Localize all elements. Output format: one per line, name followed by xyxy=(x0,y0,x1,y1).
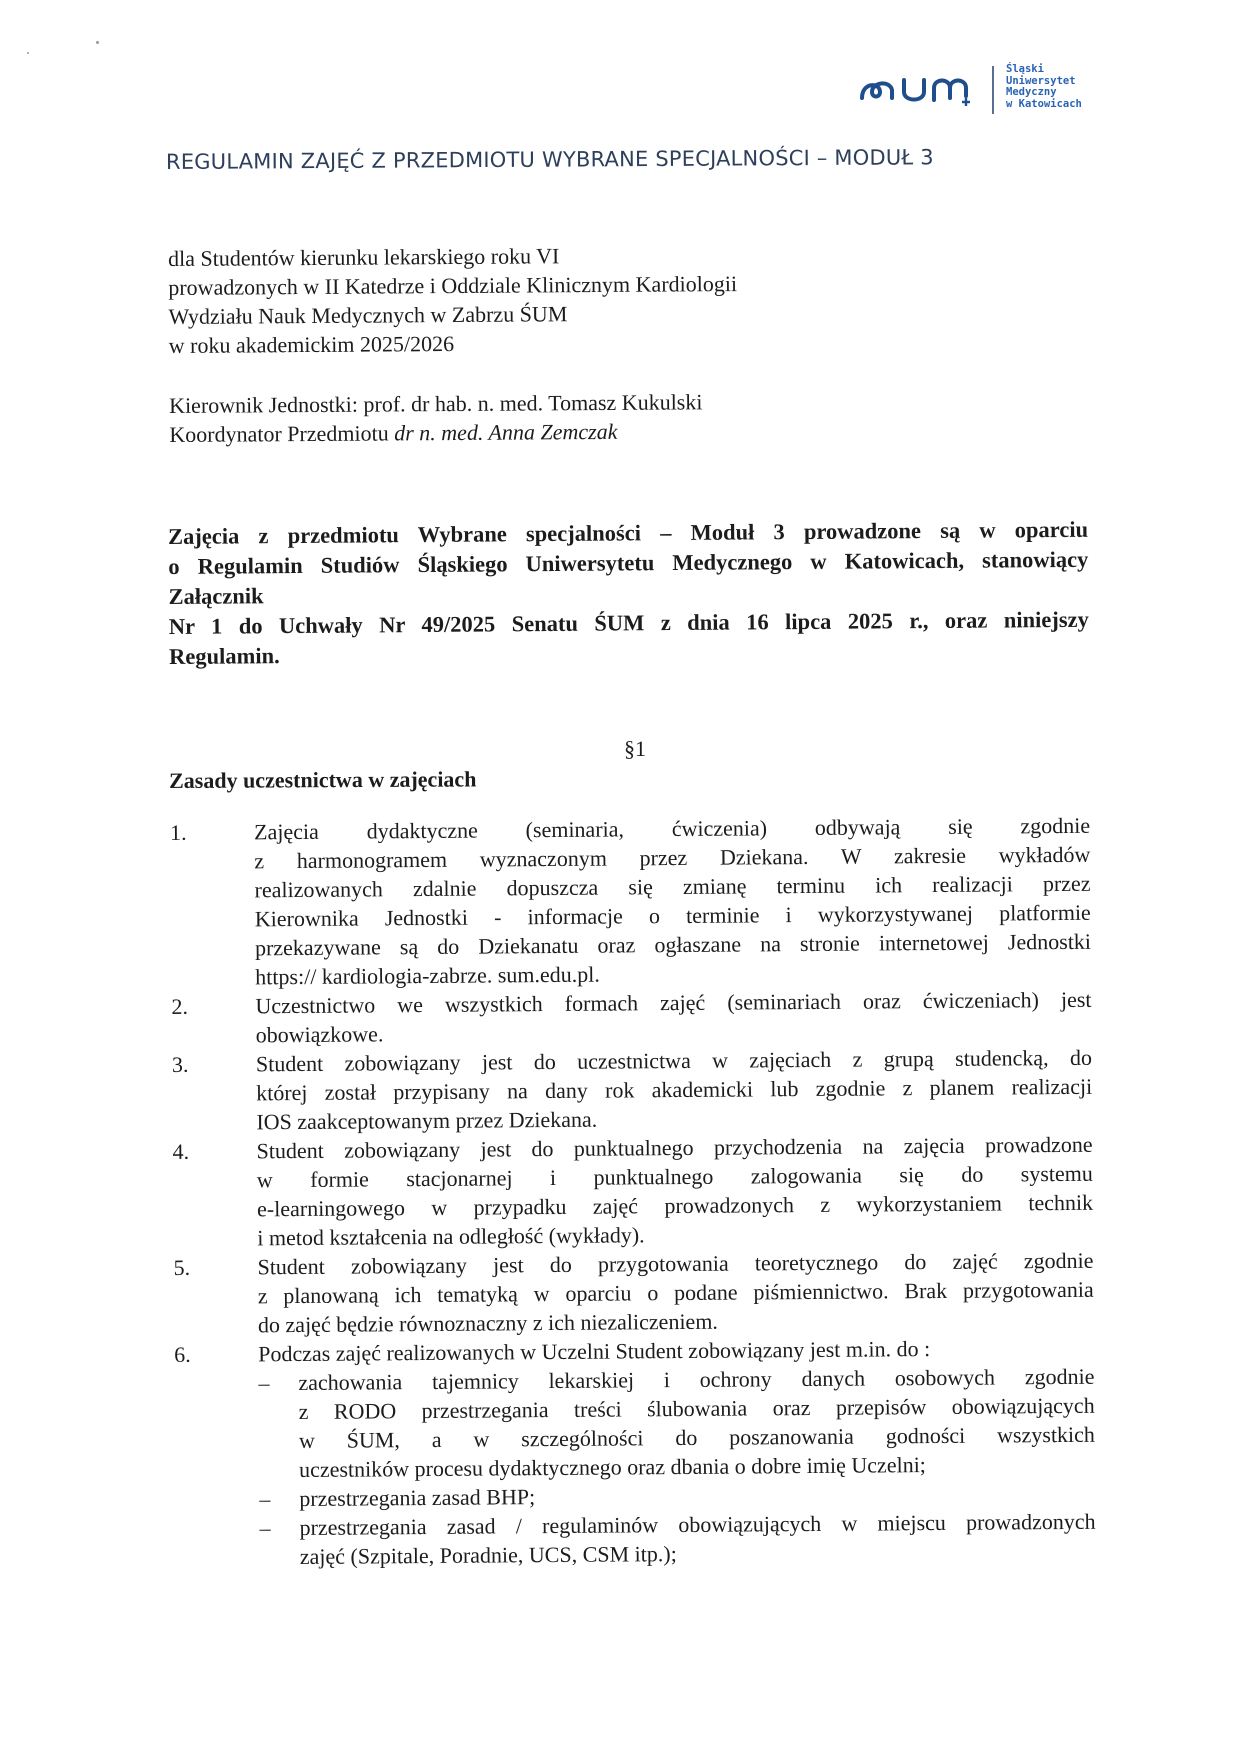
head-of-unit: Kierownik Jednostki: prof. dr hab. n. me… xyxy=(169,387,738,420)
rule-body: Student zobowiązany jest do punktualnego… xyxy=(257,1130,1094,1253)
dash-bullet: – xyxy=(258,1368,299,1484)
rule-number: 5. xyxy=(173,1252,258,1340)
coordinator-label: Koordynator Przedmiotu xyxy=(169,420,394,447)
rule-subitem: –przestrzegania zasad / regulaminów obow… xyxy=(259,1507,1095,1572)
logo-divider xyxy=(992,66,994,114)
basis-statement: Zajęcia z przedmiotu Wybrane specjalnośc… xyxy=(168,515,1089,672)
rule-body: Uczestnictwo we wszystkich formach zajęć… xyxy=(255,985,1091,1050)
intro-line: prowadzonych w II Katedrze i Oddziale Kl… xyxy=(168,269,737,302)
rule-body: Student zobowiązany jest do przygotowani… xyxy=(257,1246,1094,1340)
rule-item: 6.Podczas zajęć realizowanych w Uczelni … xyxy=(174,1333,1096,1572)
scan-speck xyxy=(96,41,99,44)
dash-bullet: – xyxy=(259,1513,299,1571)
rule-subitem: –zachowania tajemnicy lekarskiej i ochro… xyxy=(258,1362,1095,1485)
rule-number: 2. xyxy=(171,991,255,1050)
rule-body: Podczas zajęć realizowanych w Uczelni St… xyxy=(258,1333,1096,1572)
paragraph-number: §1 xyxy=(624,736,646,762)
sum-logo-mark-icon xyxy=(858,68,986,108)
subitem-text: zachowania tajemnicy lekarskiej i ochron… xyxy=(298,1362,1095,1484)
rule-item: 1.Zajęcia dydaktyczne (seminaria, ćwicze… xyxy=(170,811,1091,992)
rule-item: 2.Uczestnictwo we wszystkich formach zaj… xyxy=(171,985,1091,1050)
university-logo: Śląski Uniwersytet Medyczny w Katowicach xyxy=(858,62,1088,118)
rule-item: 4.Student zobowiązany jest do punktualne… xyxy=(173,1130,1094,1253)
rule-item: 5.Student zobowiązany jest do przygotowa… xyxy=(173,1246,1094,1340)
intro-block: dla Studentów kierunku lekarskiego roku … xyxy=(168,240,738,449)
intro-line: dla Studentów kierunku lekarskiego roku … xyxy=(168,240,737,273)
intro-line: Wydziału Nauk Medycznych w Zabrzu ŚUM xyxy=(168,298,737,331)
document-title: REGULAMIN ZAJĘĆ Z PRZEDMIOTU WYBRANE SPE… xyxy=(166,145,934,174)
coordinator-name: dr n. med. Anna Zemczak xyxy=(394,419,617,446)
rule-number: 3. xyxy=(172,1049,257,1137)
dash-bullet: – xyxy=(259,1484,299,1513)
scan-speck xyxy=(27,52,29,54)
rule-text-line: zajęć (Szpitale, Poradnie, UCS, CSM itp.… xyxy=(300,1536,1096,1571)
section-heading: Zasady uczestnictwa w zajęciach xyxy=(169,766,476,794)
rule-number: 6. xyxy=(174,1339,260,1572)
subitem-text: przestrzegania zasad / regulaminów obowi… xyxy=(299,1507,1095,1571)
coordinator: Koordynator Przedmiotu dr n. med. Anna Z… xyxy=(169,416,738,449)
rule-body: Zajęcia dydaktyczne (seminaria, ćwiczeni… xyxy=(254,811,1091,992)
rule-body: Student zobowiązany jest do uczestnictwa… xyxy=(256,1043,1093,1137)
university-name: Śląski Uniwersytet Medyczny w Katowicach xyxy=(1006,64,1082,110)
rule-item: 3.Student zobowiązany jest do uczestnict… xyxy=(172,1043,1093,1137)
intro-line: w roku akademickim 2025/2026 xyxy=(169,327,738,360)
rule-number: 4. xyxy=(173,1136,258,1253)
rule-number: 1. xyxy=(170,817,255,992)
rules-list: 1.Zajęcia dydaktyczne (seminaria, ćwicze… xyxy=(170,811,1096,1572)
